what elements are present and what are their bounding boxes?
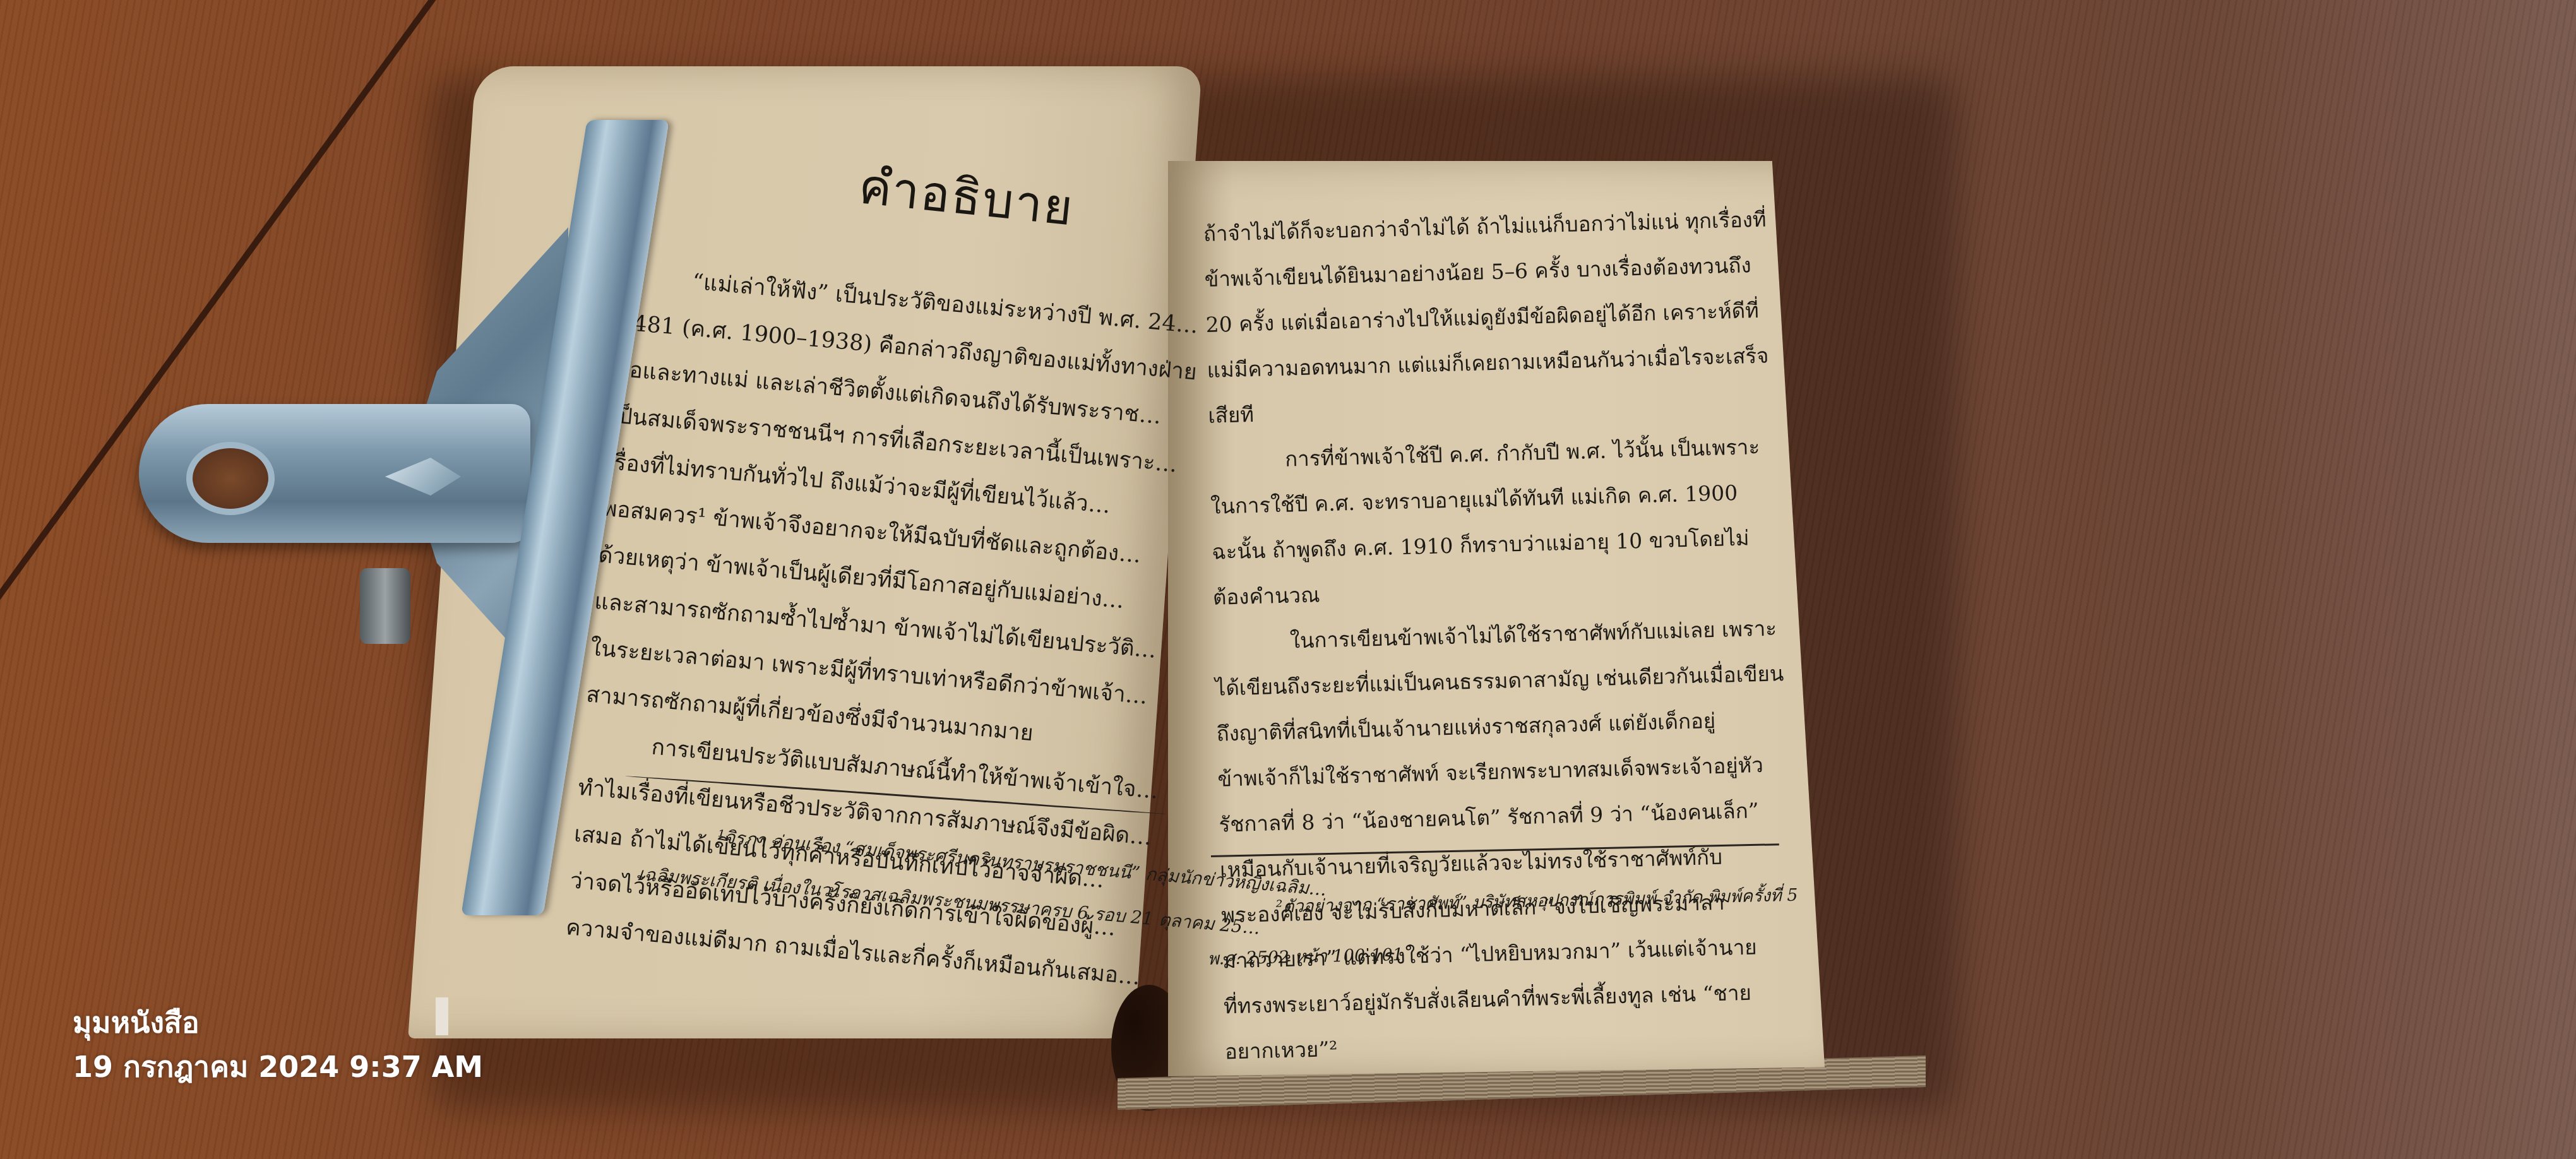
right-page-footnote: ²ตัวอย่างจาก “ราชาศัพท์” บริษัทสหอุปกรณ์… [1206,871,1776,985]
watermark-datetime: 19 กรกฎาคม 2024 9:37 AM [73,1045,483,1089]
binder-clip [133,114,669,922]
photo-watermark: มุมหนังสือ 19 กรกฎาคม 2024 9:37 AM [73,1001,483,1089]
watermark-title: มุมหนังสือ [73,1001,483,1045]
clip-spring [360,568,410,644]
clip-hole [186,442,275,515]
